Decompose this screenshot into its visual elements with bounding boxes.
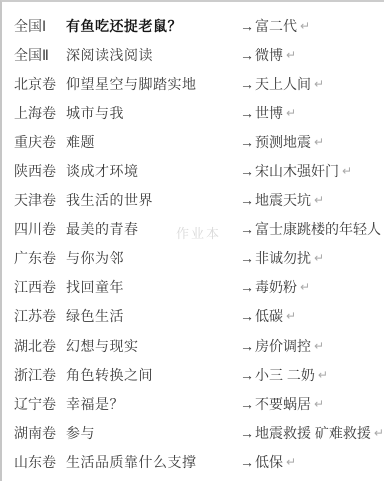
essay-topic: 最美的青春 bbox=[66, 219, 240, 239]
return-mark-icon: ↵ bbox=[318, 368, 328, 382]
right-arrow-icon: → bbox=[240, 18, 254, 34]
return-mark-icon: ↵ bbox=[314, 397, 324, 411]
mapped-event: →预测地震↵ bbox=[240, 132, 324, 152]
table-row: 湖北卷 幻想与现实 →房价调控↵ bbox=[14, 331, 384, 360]
right-arrow-icon: → bbox=[240, 279, 254, 295]
essay-topic: 找回童年 bbox=[66, 277, 240, 297]
region-label: 上海卷 bbox=[14, 103, 66, 123]
right-arrow-icon: → bbox=[240, 163, 254, 179]
region-label: 湖南卷 bbox=[14, 423, 66, 443]
mapped-text: 地震救援 矿难救援 bbox=[255, 423, 371, 443]
region-label: 陕西卷 bbox=[14, 161, 66, 181]
return-mark-icon: ↵ bbox=[374, 426, 384, 440]
mapped-text: 世博 bbox=[255, 103, 283, 123]
essay-topic: 我生活的世界 bbox=[66, 190, 240, 210]
essay-topic: 幸福是？ bbox=[66, 394, 240, 414]
mapped-event: →低碳↵ bbox=[240, 306, 296, 326]
mapped-event: →小三 二奶↵ bbox=[240, 365, 328, 385]
table-row: 全国Ⅰ 有鱼吃还捉老鼠？ →富二代↵ bbox=[14, 11, 384, 40]
table-row: 天津卷 我生活的世界 →地震天坑↵ bbox=[14, 186, 384, 215]
mapped-event: →低保↵ bbox=[240, 452, 296, 472]
essay-topic: 幻想与现实 bbox=[66, 336, 240, 356]
mapped-text: 低碳 bbox=[255, 306, 283, 326]
mapped-event: →地震救援 矿难救援↵ bbox=[240, 423, 384, 443]
return-mark-icon: ↵ bbox=[314, 77, 324, 91]
right-arrow-icon: → bbox=[240, 425, 254, 441]
table-row: 重庆卷 难题 →预测地震↵ bbox=[14, 127, 384, 156]
region-label: 全国Ⅰ bbox=[14, 16, 66, 36]
essay-topic: 仰望星空与脚踏实地 bbox=[66, 74, 240, 94]
right-arrow-icon: → bbox=[240, 454, 254, 470]
table-row: 北京卷 仰望星空与脚踏实地 →天上人间↵ bbox=[14, 69, 384, 98]
table-row: 湖南卷 参与 →地震救援 矿难救援↵ bbox=[14, 418, 384, 447]
return-mark-icon: ↵ bbox=[286, 48, 296, 62]
right-arrow-icon: → bbox=[240, 308, 254, 324]
return-mark-icon: ↵ bbox=[286, 455, 296, 469]
right-arrow-icon: → bbox=[240, 250, 254, 266]
right-arrow-icon: → bbox=[240, 134, 254, 150]
document-page: 作业本 全国Ⅰ 有鱼吃还捉老鼠？ →富二代↵ 全国Ⅱ 深阅读浅阅读 →微博↵ 北… bbox=[0, 0, 384, 481]
region-label: 浙江卷 bbox=[14, 365, 66, 385]
table-row: 辽宁卷 幸福是？ →不要蜗居↵ bbox=[14, 389, 384, 418]
mapped-event: →世博↵ bbox=[240, 103, 296, 123]
return-mark-icon: ↵ bbox=[300, 19, 310, 33]
mapped-event: →宋山木强奸门↵ bbox=[240, 161, 352, 181]
region-label: 山东卷 bbox=[14, 452, 66, 472]
region-label: 辽宁卷 bbox=[14, 394, 66, 414]
mapped-event: →天上人间↵ bbox=[240, 74, 324, 94]
return-mark-icon: ↵ bbox=[314, 251, 324, 265]
mapped-text: 毒奶粉 bbox=[255, 277, 297, 297]
table-row: 上海卷 城市与我 →世博↵ bbox=[14, 98, 384, 127]
return-mark-icon: ↵ bbox=[314, 339, 324, 353]
region-label: 全国Ⅱ bbox=[14, 45, 66, 65]
mapped-text: 房价调控 bbox=[255, 336, 311, 356]
table-row: 陕西卷 谈成才环境 →宋山木强奸门↵ bbox=[14, 156, 384, 185]
table-row: 江苏卷 绿色生活 →低碳↵ bbox=[14, 302, 384, 331]
right-arrow-icon: → bbox=[240, 367, 254, 383]
mapped-event: →富二代↵ bbox=[240, 16, 310, 36]
region-label: 四川卷 bbox=[14, 219, 66, 239]
essay-topic: 城市与我 bbox=[66, 103, 240, 123]
right-arrow-icon: → bbox=[240, 396, 254, 412]
return-mark-icon: ↵ bbox=[342, 164, 352, 178]
return-mark-icon: ↵ bbox=[314, 193, 324, 207]
essay-topic: 生活品质靠什么支撑 bbox=[66, 452, 240, 472]
return-mark-icon: ↵ bbox=[300, 280, 310, 294]
table-row: 四川卷 最美的青春 →富士康跳楼的年轻人↵ bbox=[14, 215, 384, 244]
mapped-text: 地震天坑 bbox=[255, 190, 311, 210]
essay-topic: 角色转换之间 bbox=[66, 365, 240, 385]
essay-topic: 有鱼吃还捉老鼠？ bbox=[66, 16, 240, 36]
mapped-text: 富士康跳楼的年轻人 bbox=[255, 219, 381, 239]
region-label: 重庆卷 bbox=[14, 132, 66, 152]
return-mark-icon: ↵ bbox=[286, 309, 296, 323]
mapped-text: 富二代 bbox=[255, 16, 297, 36]
table-row: 山东卷 生活品质靠什么支撑 →低保↵ bbox=[14, 447, 384, 476]
region-label: 湖北卷 bbox=[14, 336, 66, 356]
mapped-event: →房价调控↵ bbox=[240, 336, 324, 356]
right-arrow-icon: → bbox=[240, 192, 254, 208]
mapped-event: →非诚勿扰↵ bbox=[240, 248, 324, 268]
right-arrow-icon: → bbox=[240, 105, 254, 121]
mapped-text: 微博 bbox=[255, 45, 283, 65]
right-arrow-icon: → bbox=[240, 221, 254, 237]
right-arrow-icon: → bbox=[240, 47, 254, 63]
mapped-text: 非诚勿扰 bbox=[255, 248, 311, 268]
mapped-event: →不要蜗居↵ bbox=[240, 394, 324, 414]
essay-topic: 绿色生活 bbox=[66, 306, 240, 326]
mapped-text: 小三 二奶 bbox=[255, 365, 315, 385]
right-arrow-icon: → bbox=[240, 76, 254, 92]
essay-topic: 谈成才环境 bbox=[66, 161, 240, 181]
region-label: 江苏卷 bbox=[14, 306, 66, 326]
table-row: 江西卷 找回童年 →毒奶粉↵ bbox=[14, 273, 384, 302]
return-mark-icon: ↵ bbox=[314, 135, 324, 149]
region-label: 天津卷 bbox=[14, 190, 66, 210]
essay-topic: 与你为邻 bbox=[66, 248, 240, 268]
mapped-event: →微博↵ bbox=[240, 45, 296, 65]
essay-topic-list: 全国Ⅰ 有鱼吃还捉老鼠？ →富二代↵ 全国Ⅱ 深阅读浅阅读 →微博↵ 北京卷 仰… bbox=[14, 11, 384, 477]
mapped-text: 宋山木强奸门 bbox=[255, 161, 339, 181]
region-label: 广东卷 bbox=[14, 248, 66, 268]
mapped-event: →地震天坑↵ bbox=[240, 190, 324, 210]
region-label: 北京卷 bbox=[14, 74, 66, 94]
return-mark-icon: ↵ bbox=[286, 106, 296, 120]
table-row: 浙江卷 角色转换之间 →小三 二奶↵ bbox=[14, 360, 384, 389]
mapped-text: 低保 bbox=[255, 452, 283, 472]
mapped-text: 不要蜗居 bbox=[255, 394, 311, 414]
mapped-event: →富士康跳楼的年轻人↵ bbox=[240, 219, 384, 239]
mapped-text: 天上人间 bbox=[255, 74, 311, 94]
mapped-event: →毒奶粉↵ bbox=[240, 277, 310, 297]
table-row: 全国Ⅱ 深阅读浅阅读 →微博↵ bbox=[14, 40, 384, 69]
mapped-text: 预测地震 bbox=[255, 132, 311, 152]
region-label: 江西卷 bbox=[14, 277, 66, 297]
essay-topic: 难题 bbox=[66, 132, 240, 152]
right-arrow-icon: → bbox=[240, 338, 254, 354]
essay-topic: 参与 bbox=[66, 423, 240, 443]
essay-topic: 深阅读浅阅读 bbox=[66, 45, 240, 65]
table-row: 广东卷 与你为邻 →非诚勿扰↵ bbox=[14, 244, 384, 273]
